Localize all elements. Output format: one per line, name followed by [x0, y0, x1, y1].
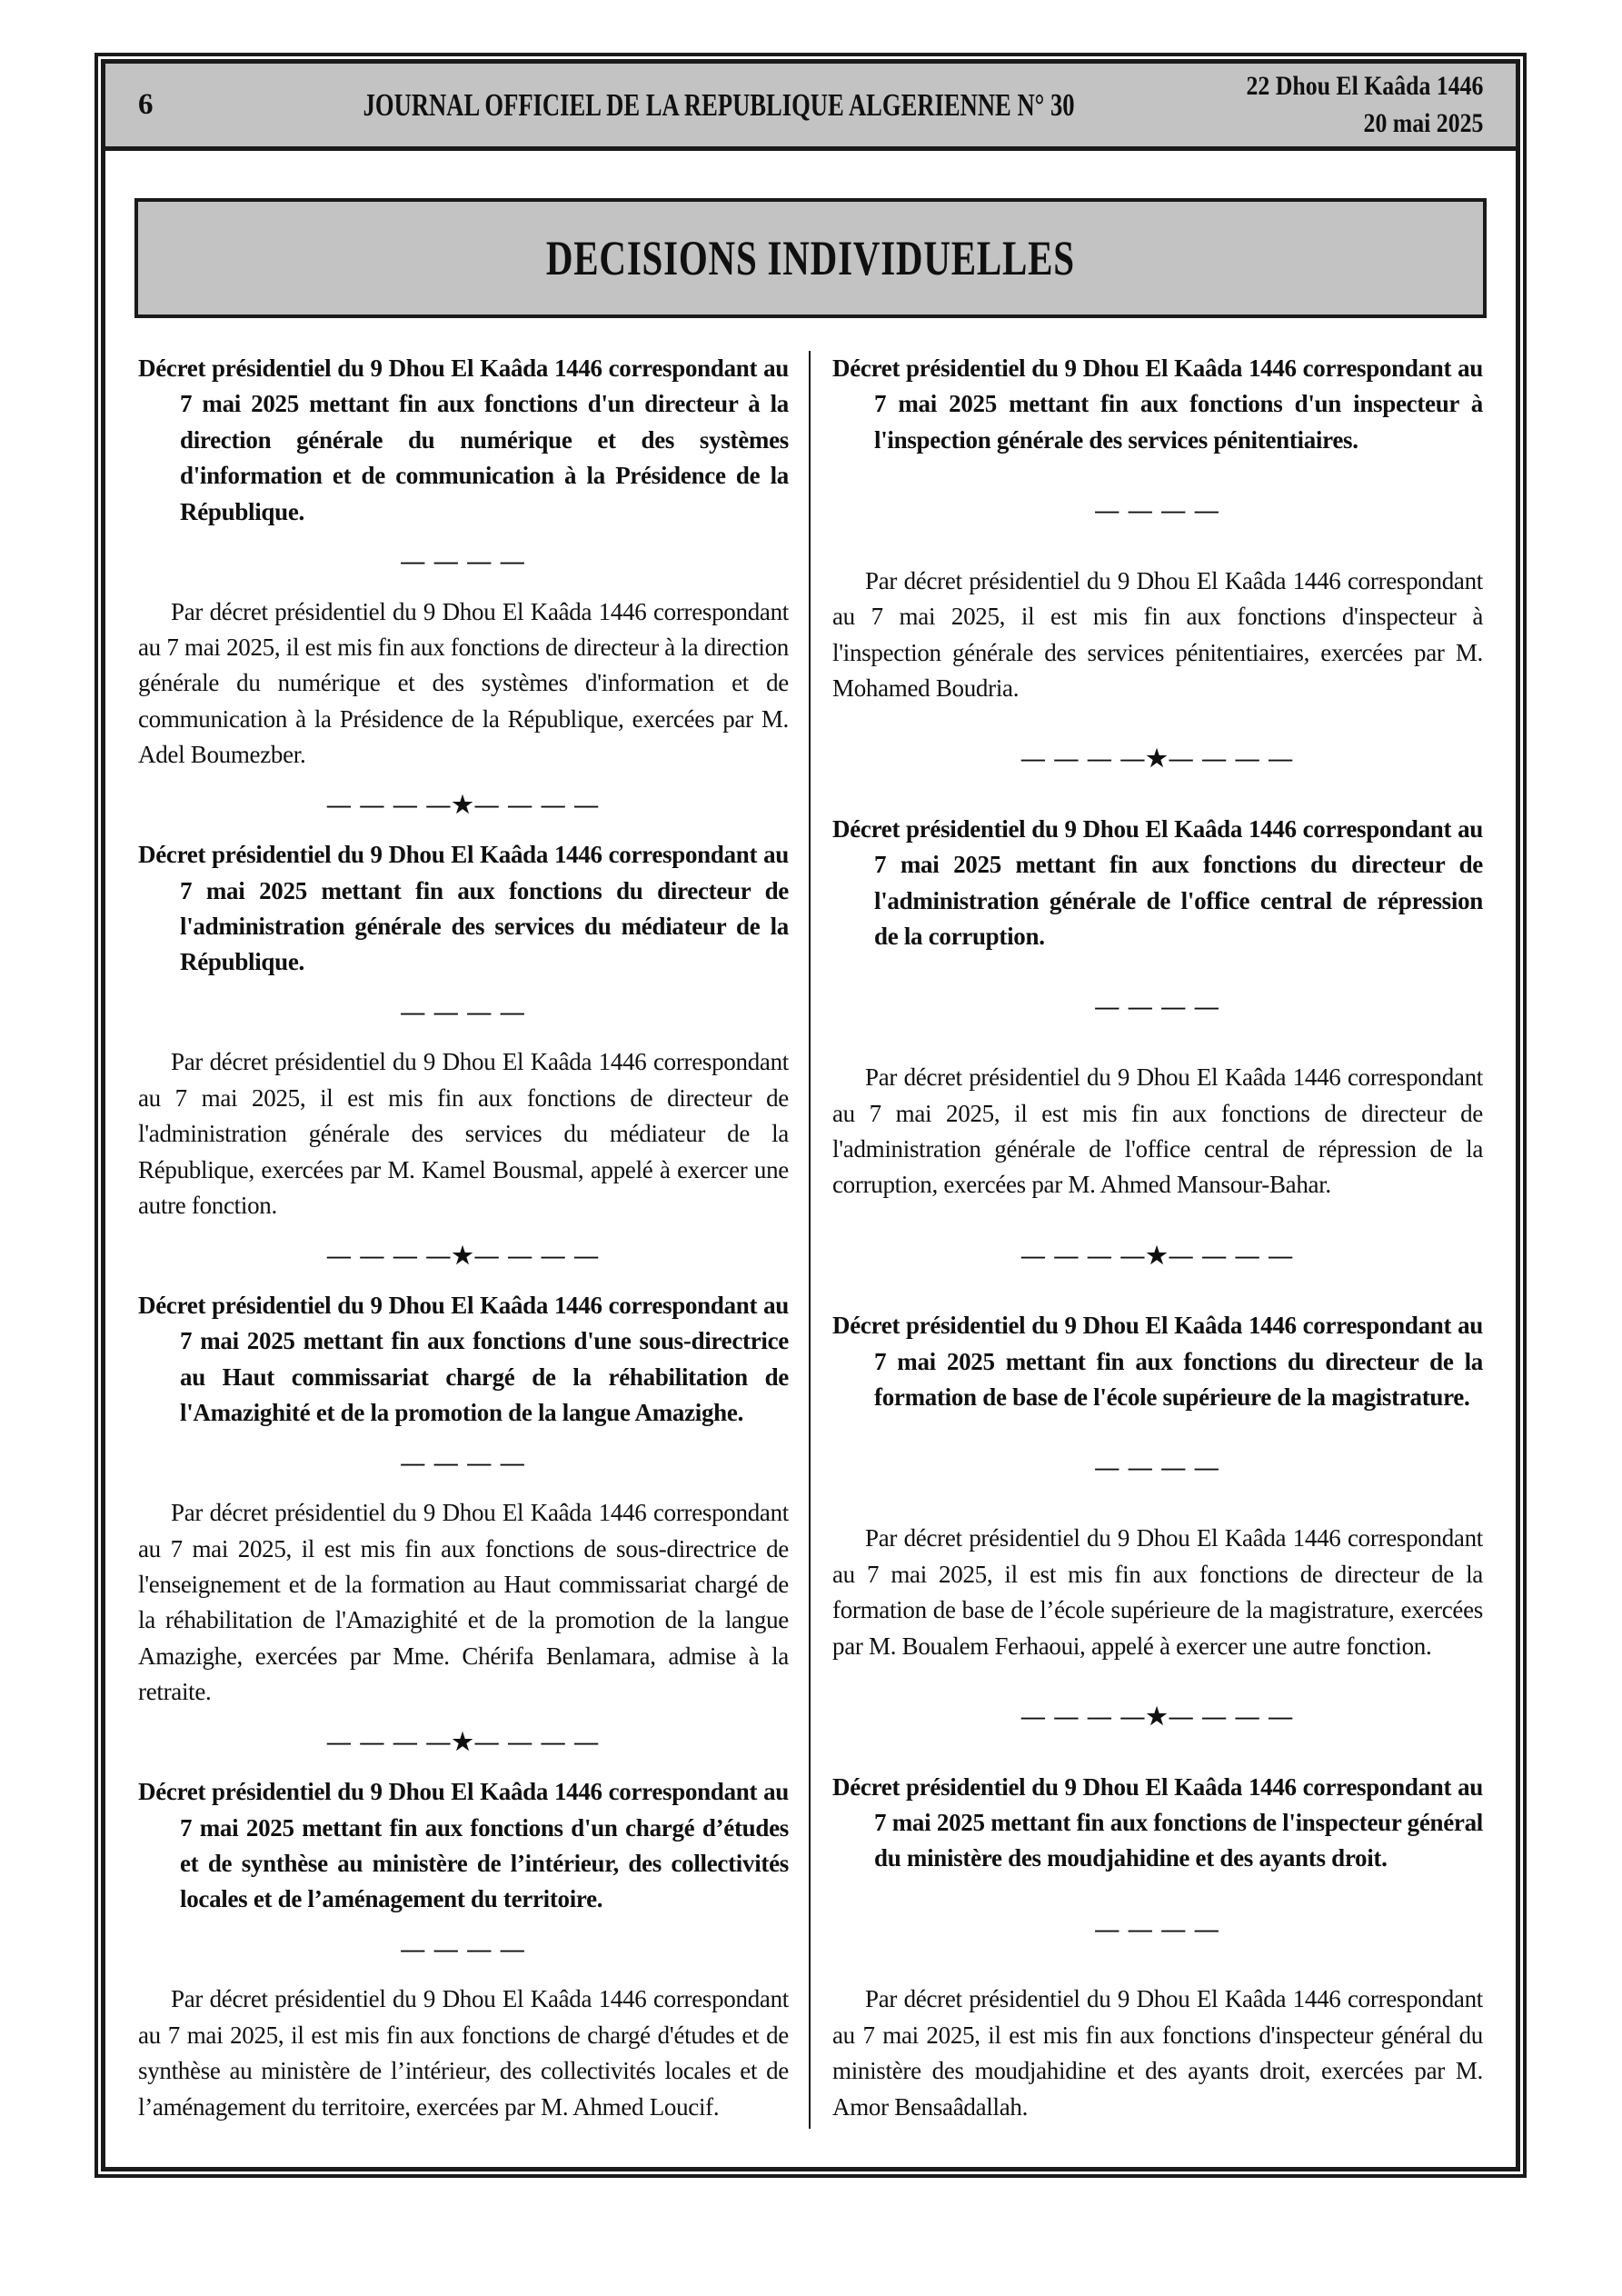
column-left: Décret présidentiel du 9 Dhou El Kaâda 1…	[127, 351, 809, 2129]
decree-heading: Décret présidentiel du 9 Dhou El Kaâda 1…	[832, 351, 1483, 458]
decree-heading: Décret présidentiel du 9 Dhou El Kaâda 1…	[138, 837, 789, 981]
decree-body: Par décret présidentiel du 9 Dhou El Kaâ…	[832, 564, 1483, 707]
separator-dashes: — — — —	[832, 1916, 1483, 1943]
issue-dates: 22 Dhou El Kaâda 1446 20 mai 2025	[1188, 68, 1483, 142]
separator-star: — — — —★— — — —	[138, 792, 789, 819]
decree-heading: Décret présidentiel du 9 Dhou El Kaâda 1…	[832, 1308, 1483, 1415]
section-title: DECISIONS INDIVIDUELLES	[546, 230, 1075, 286]
decree-heading: Décret présidentiel du 9 Dhou El Kaâda 1…	[138, 351, 789, 530]
separator-star: — — — —★— — — —	[832, 1703, 1483, 1731]
decree-heading: Décret présidentiel du 9 Dhou El Kaâda 1…	[832, 812, 1483, 955]
section-title-box: DECISIONS INDIVIDUELLES	[134, 198, 1487, 318]
journal-title: JOURNAL OFFICIEL DE LA REPUBLIQUE ALGERI…	[363, 87, 1075, 124]
separator-star: — — — —★— — — —	[832, 745, 1483, 773]
decree-body: Par décret présidentiel du 9 Dhou El Kaâ…	[138, 1982, 789, 2125]
separator-dashes: — — — —	[138, 1450, 789, 1477]
decree-body: Par décret présidentiel du 9 Dhou El Kaâ…	[832, 1521, 1483, 1664]
column-right: Décret présidentiel du 9 Dhou El Kaâda 1…	[811, 351, 1494, 2129]
separator-dashes: — — — —	[138, 1936, 789, 1963]
separator-dashes: — — — —	[832, 1454, 1483, 1482]
decree-body: Par décret présidentiel du 9 Dhou El Kaâ…	[832, 1060, 1483, 1203]
separator-star: — — — —★— — — —	[138, 1243, 789, 1270]
page-number: 6	[138, 88, 251, 122]
journal-page: 6 JOURNAL OFFICIEL DE LA REPUBLIQUE ALGE…	[0, 0, 1622, 2296]
separator-star: — — — —★— — — —	[138, 1729, 789, 1756]
separator-star: — — — —★— — — —	[832, 1243, 1483, 1270]
decree-heading: Décret présidentiel du 9 Dhou El Kaâda 1…	[138, 1288, 789, 1432]
decree-body: Par décret présidentiel du 9 Dhou El Kaâ…	[138, 594, 789, 774]
page-header: 6 JOURNAL OFFICIEL DE LA REPUBLIQUE ALGE…	[105, 64, 1516, 151]
separator-dashes: — — — —	[832, 993, 1483, 1021]
decree-body: Par décret présidentiel du 9 Dhou El Kaâ…	[832, 1982, 1483, 2125]
separator-dashes: — — — —	[138, 999, 789, 1026]
decree-heading: Décret présidentiel du 9 Dhou El Kaâda 1…	[138, 1774, 789, 1918]
hijri-date: 22 Dhou El Kaâda 1446	[1229, 68, 1483, 105]
page-frame-outer: 6 JOURNAL OFFICIEL DE LA REPUBLIQUE ALGE…	[95, 53, 1527, 2178]
decree-heading: Décret présidentiel du 9 Dhou El Kaâda 1…	[832, 1770, 1483, 1877]
decree-body: Par décret présidentiel du 9 Dhou El Kaâ…	[138, 1044, 789, 1223]
decree-body: Par décret présidentiel du 9 Dhou El Kaâ…	[138, 1495, 789, 1710]
header-gap	[105, 151, 1516, 198]
decrees-content: Décret présidentiel du 9 Dhou El Kaâda 1…	[105, 318, 1516, 2167]
page-frame-inner: 6 JOURNAL OFFICIEL DE LA REPUBLIQUE ALGE…	[101, 59, 1520, 2171]
separator-dashes: — — — —	[138, 548, 789, 575]
separator-dashes: — — — —	[832, 497, 1483, 524]
gregorian-date: 20 mai 2025	[1229, 105, 1483, 143]
journal-title-wrap: JOURNAL OFFICIEL DE LA REPUBLIQUE ALGERI…	[251, 87, 1187, 124]
